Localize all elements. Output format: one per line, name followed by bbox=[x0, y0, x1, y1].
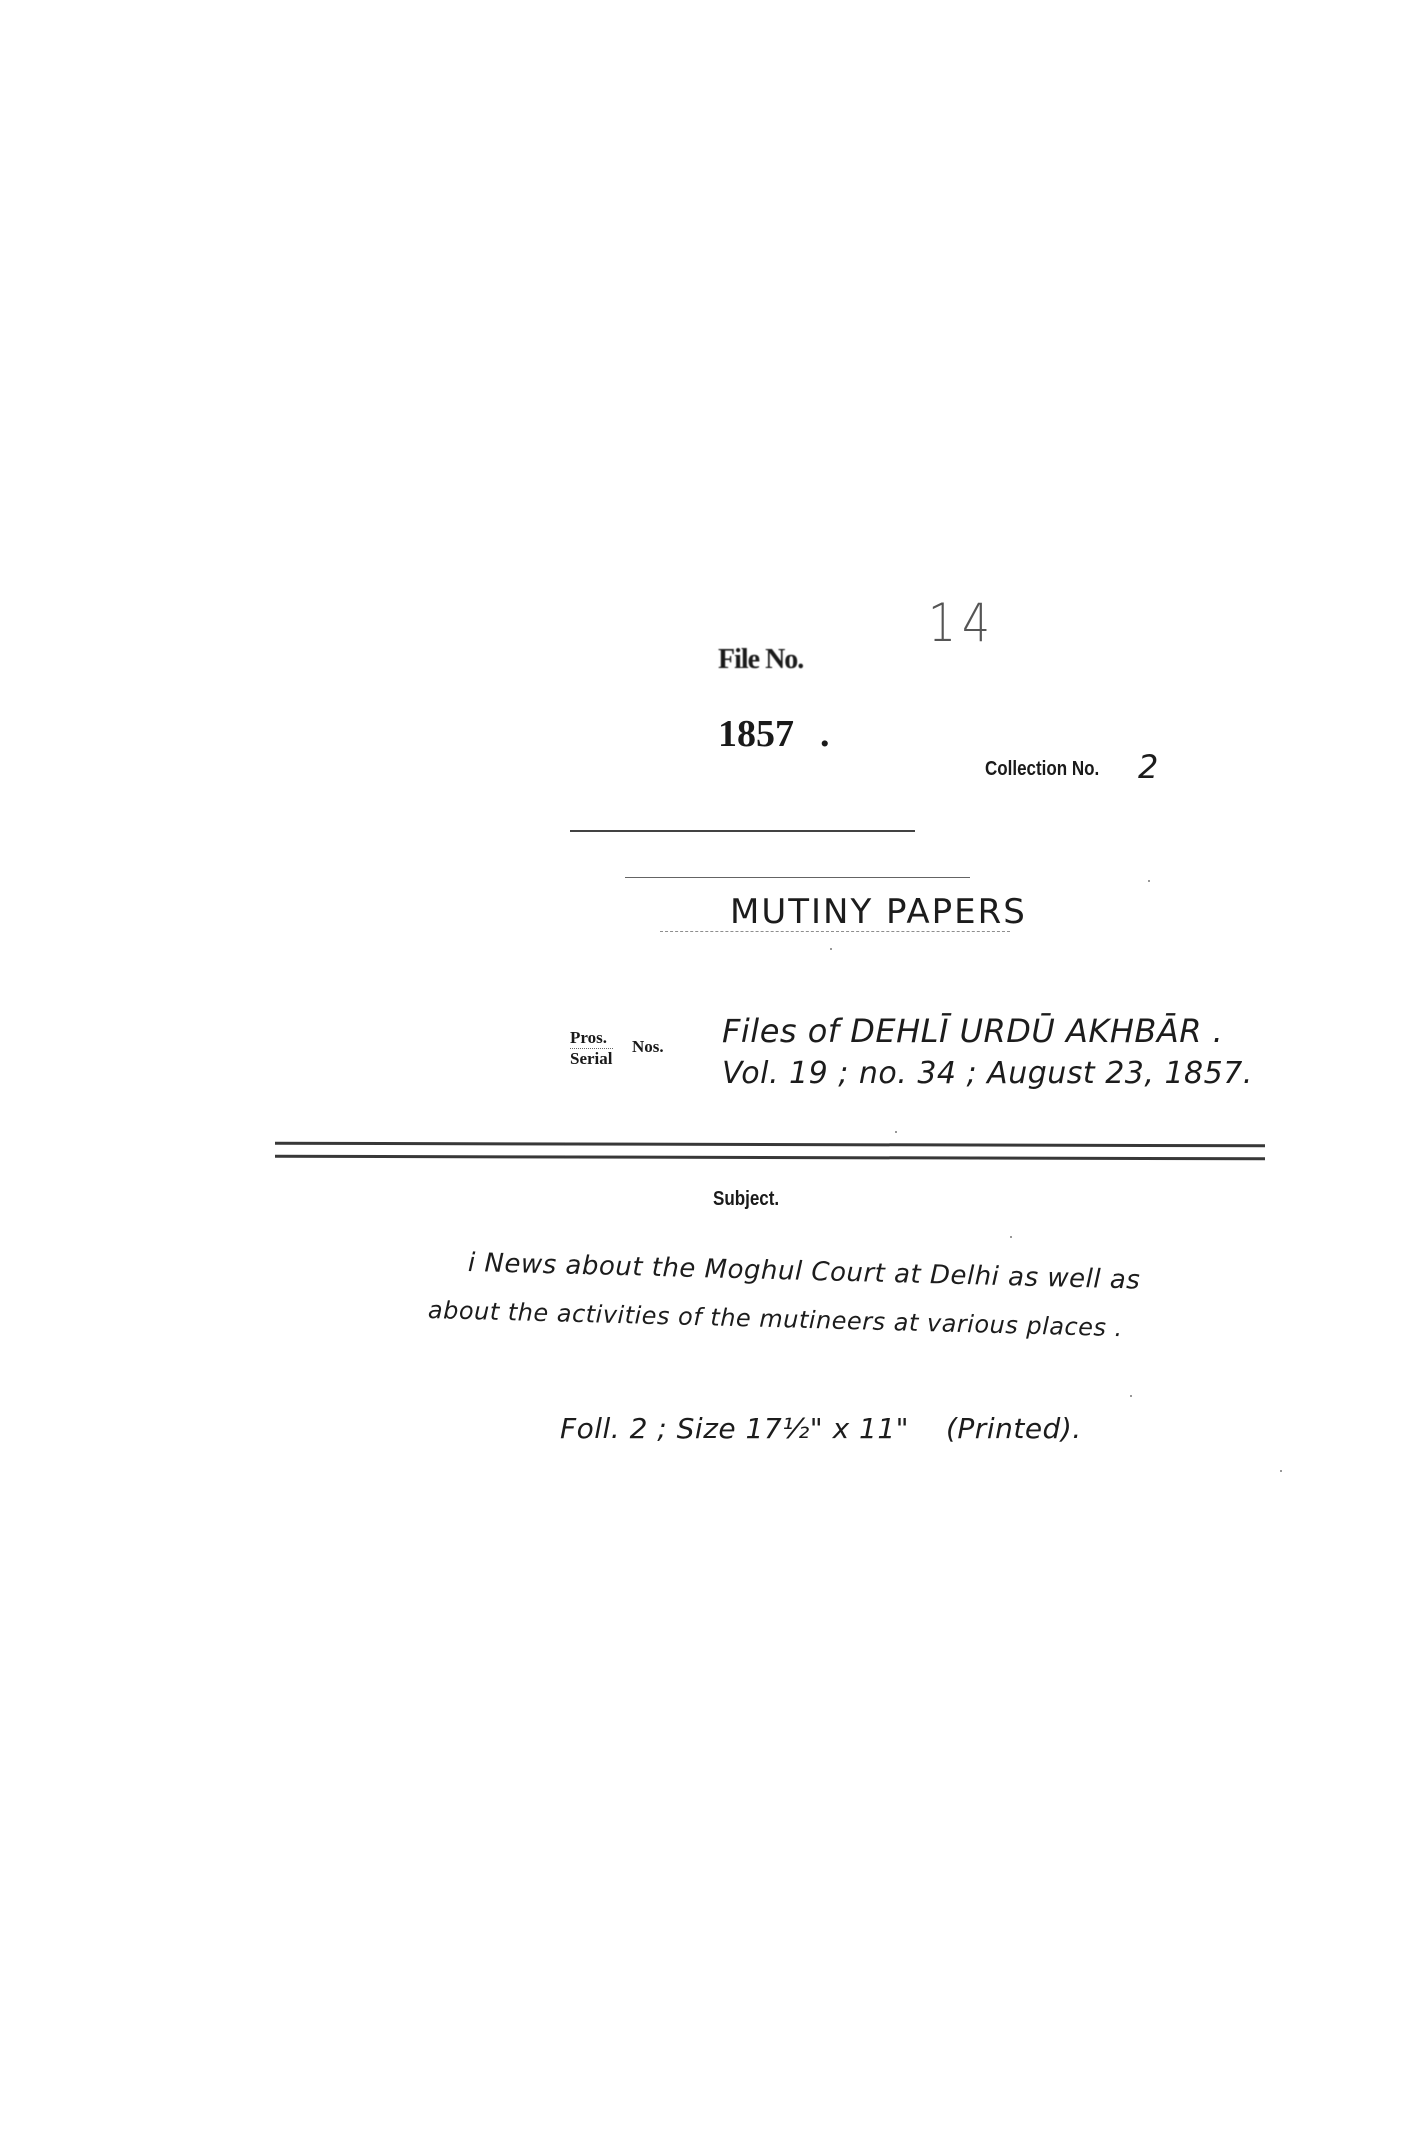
scan-speck bbox=[830, 948, 832, 950]
subject-text-line: about the activities of the mutineers at… bbox=[428, 1296, 1123, 1342]
scan-speck bbox=[1280, 1470, 1282, 1472]
section-divider bbox=[275, 1142, 1265, 1148]
scan-speck bbox=[1130, 1395, 1132, 1397]
collection-title: MUTINY PAPERS bbox=[730, 892, 1027, 932]
title-underline bbox=[660, 931, 1010, 933]
scan-speck bbox=[1148, 880, 1150, 882]
scan-speck bbox=[895, 1131, 897, 1133]
volume-issue-date: Vol. 19 ; no. 34 ; August 23, 1857. bbox=[722, 1056, 1253, 1091]
collection-number: 2 bbox=[1138, 748, 1159, 786]
printed-note: (Printed). bbox=[946, 1412, 1082, 1445]
serial-label: Serial bbox=[570, 1048, 613, 1069]
pros-label: Pros. bbox=[570, 1028, 607, 1048]
divider-rule bbox=[570, 830, 915, 832]
collection-label: Collection No. bbox=[985, 758, 1099, 781]
files-description: Files of DEHLĪ URDŪ AKHBĀR . bbox=[722, 1012, 1223, 1050]
subject-label: Subject. bbox=[713, 1188, 779, 1211]
page-number: 14 bbox=[928, 593, 996, 654]
year: 1857 bbox=[718, 712, 794, 756]
divider-rule bbox=[625, 877, 970, 878]
file-no-label: File No. bbox=[718, 644, 803, 676]
nos-label: Nos. bbox=[632, 1037, 664, 1057]
subject-text-line: i News about the Moghul Court at Delhi a… bbox=[468, 1248, 1141, 1296]
scan-speck bbox=[1010, 1236, 1012, 1238]
folio-size-note: Foll. 2 ; Size 17½" x 11" bbox=[560, 1412, 909, 1445]
year-suffix: . bbox=[820, 712, 830, 756]
section-divider bbox=[275, 1155, 1265, 1161]
